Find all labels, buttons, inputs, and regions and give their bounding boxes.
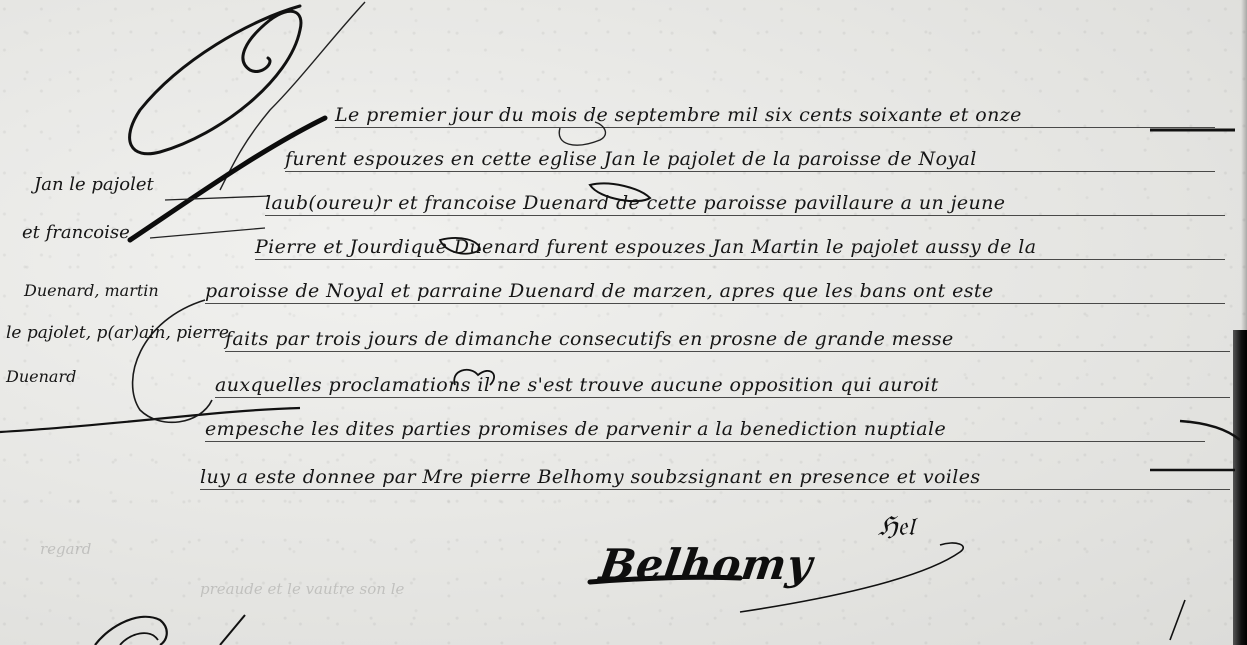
entry-line-7: auxquelles proclamations il ne s'est tro… bbox=[215, 374, 1230, 398]
margin-note-line: et francoise bbox=[22, 222, 130, 244]
margin-connector bbox=[165, 196, 270, 200]
next-entry-loop bbox=[95, 617, 167, 645]
entry-line-9: luy a este donnee par Mre pierre Belhomy… bbox=[200, 466, 1230, 490]
bleedthrough-text: regard bbox=[40, 540, 91, 558]
margin-note-line: Jan le pajolet bbox=[34, 174, 154, 196]
entry-line-5: paroisse de Noyal et parraine Duenard de… bbox=[205, 280, 1225, 304]
signature-paraph: ℌ𝔢𝔩 bbox=[878, 512, 914, 543]
margin-note-line: le pajolet, p(ar)ain, pierre bbox=[6, 322, 229, 344]
initial-loop-flourish bbox=[130, 6, 301, 154]
entry-line-1: Le premier jour du mois de septembre mil… bbox=[335, 104, 1215, 128]
margin-note-line: Duenard, martin bbox=[24, 280, 159, 302]
entry-line-4: Pierre et Jourdique Duenard furent espou… bbox=[255, 236, 1225, 260]
register-page: Jan le pajolet et francoise Duenard, mar… bbox=[0, 0, 1247, 645]
margin-diagonal-stroke bbox=[130, 118, 325, 240]
next-entry-stroke bbox=[220, 615, 245, 645]
page-binding-edge bbox=[1233, 330, 1247, 645]
margin-connector bbox=[150, 228, 265, 238]
margin-note-line: Duenard bbox=[6, 366, 76, 388]
next-entry-stroke bbox=[1170, 600, 1185, 640]
page-edge-shadow bbox=[1241, 0, 1247, 330]
bleedthrough-text: preaude et le vautre son le bbox=[200, 580, 404, 598]
entry-line-3: laub(oureu)r et francoise Duenard de cet… bbox=[265, 192, 1225, 216]
priest-signature: Belhomy bbox=[597, 540, 816, 589]
next-entry-loop bbox=[120, 633, 158, 645]
entry-line-8: empesche les dites parties promises de p… bbox=[205, 418, 1205, 442]
margin-bracket bbox=[133, 300, 212, 422]
entry-line-6: faits par trois jours de dimanche consec… bbox=[225, 328, 1230, 352]
entry-line-2: furent espouzes en cette eglise Jan le p… bbox=[285, 148, 1215, 172]
